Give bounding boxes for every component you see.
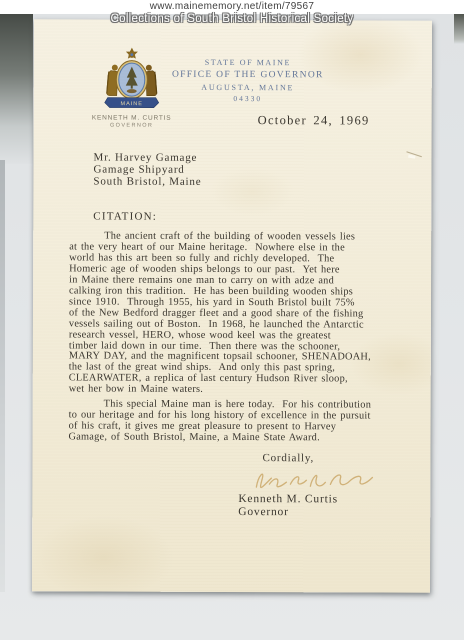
signature-icon [248, 463, 380, 495]
letterhead-office: OFFICE OF THE GOVERNOR [148, 70, 348, 81]
letter-date: October 24, 1969 [258, 113, 370, 128]
letterhead-governor-name: KENNETH M. CURTIS [60, 114, 204, 122]
recipient-address: Mr. Harvey Gamage Gamage Shipyard South … [93, 153, 201, 189]
paper-crease-mark [405, 151, 422, 161]
letterhead: STATE OF MAINE OFFICE OF THE GOVERNOR AU… [148, 58, 348, 104]
watermark-url: www.mainememory.net/item/79567 [0, 0, 464, 14]
scanner-background-dark-patch [0, 14, 33, 164]
letterhead-state: STATE OF MAINE [148, 58, 348, 68]
letterhead-governor-title: GOVERNOR [60, 122, 204, 129]
letterhead-signer-block: KENNETH M. CURTIS GOVERNOR [60, 114, 204, 129]
seal-banner-label: MAINE [120, 101, 142, 107]
body-paragraph-2: This special Maine man is here today. Fo… [69, 399, 372, 444]
letterhead-zip: 04330 [148, 94, 348, 104]
letterhead-city: AUGUSTA, MAINE [148, 83, 348, 93]
collection-caption: Collections of South Bristol Historical … [0, 13, 464, 25]
signer-typed-title: Governor [238, 506, 289, 518]
body-paragraph-1: The ancient craft of the building of woo… [69, 231, 372, 396]
citation-heading: CITATION: [93, 211, 157, 223]
signer-typed-name: Kenneth M. Curtis [238, 493, 338, 505]
letter-document: MAINE KENNETH M. CURTIS GOVERNOR STATE O… [32, 19, 432, 592]
scanner-background-edge [0, 160, 5, 592]
